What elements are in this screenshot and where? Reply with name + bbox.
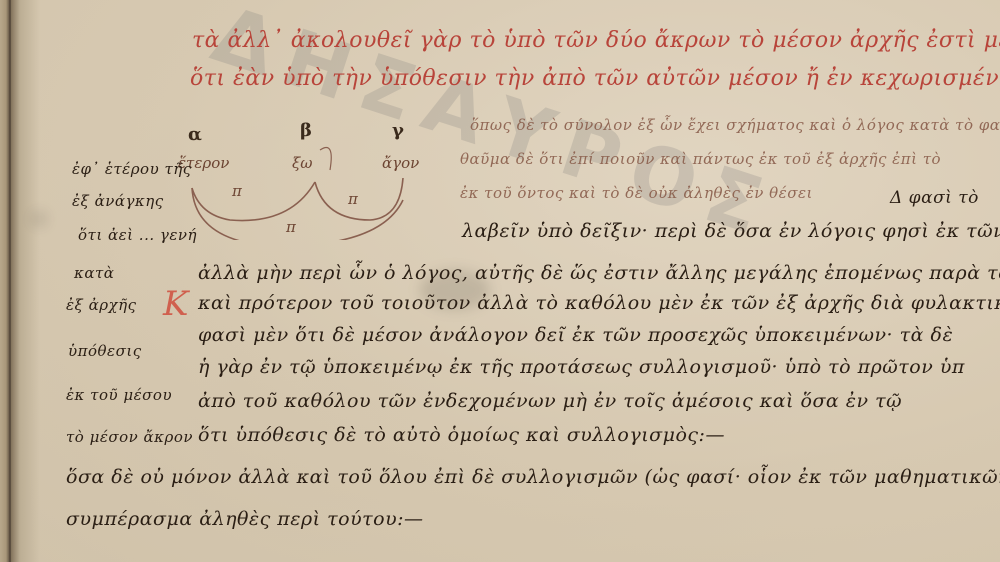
body-line-5: ἡ γὰρ ἐν τῷ ὑποκειμένῳ ἐκ τῆς προτάσεως … xyxy=(198,356,965,378)
body-line-9: συμπέρασμα ἀληθὲς περὶ τούτου:— xyxy=(66,508,424,530)
body-line-8: ὅσα δὲ οὐ μόνον ἀλλὰ καὶ τοῦ ὅλου ἐπὶ δὲ… xyxy=(66,466,1000,488)
red-initial-letter: Κ xyxy=(163,284,188,324)
rubric-line-2: ὅτι ἐὰν ὑπὸ τὴν ὑπόθεσιν τὴν ἀπὸ τῶν αὐτ… xyxy=(190,66,1000,91)
margin-note-4: κατὰ xyxy=(74,264,114,282)
margin-note-7: ἐκ τοῦ μέσου xyxy=(66,386,172,404)
diagram-letter-a: α xyxy=(188,124,202,145)
manuscript-page: ΔΗΣΑΥΡΟΣ τὰ ἀλλ᾽ ἀκολουθεῖ γὰρ τὸ ὑπὸ τῶ… xyxy=(0,0,1000,562)
diagram-arc-label-2: π xyxy=(348,190,358,208)
scholion-line-3: ἐκ τοῦ ὅντος καὶ τὸ δὲ οὐκ ἀληθὲς ἐν θέσ… xyxy=(460,184,813,202)
diagram-letter-b: β xyxy=(300,120,312,141)
margin-note-8: τὸ μέσον ἄκρον xyxy=(66,428,193,446)
margin-note-2: ἐξ ἀνάγκης xyxy=(72,192,164,210)
margin-note-6: ὑπόθεσις xyxy=(68,342,142,360)
body-line-4: φασὶ μὲν ὅτι δὲ μέσον ἀνάλογον δεῖ ἐκ τῶ… xyxy=(198,324,953,346)
binding-gutter xyxy=(0,0,40,562)
rubric-line-1: τὰ ἀλλ᾽ ἀκολουθεῖ γὰρ τὸ ὑπὸ τῶν δύο ἄκρ… xyxy=(192,28,1000,53)
body-line-2: ἀλλὰ μὴν περὶ ὧν ὁ λόγος, αὐτῆς δὲ ὥς ἐσ… xyxy=(198,262,1000,284)
binding-fold-line xyxy=(9,0,11,562)
scholion-line-1: ὅπως δὲ τὸ σύνολον ἐξ ὧν ἔχει σχήματος κ… xyxy=(470,116,1000,134)
margin-note-3: ὅτι ἀεὶ ... γενή xyxy=(78,226,197,244)
syllogism-diagram: α β γ ἕτερον ξω ἄγον π π π xyxy=(160,120,420,240)
diagram-label-middle: ξω xyxy=(292,154,313,172)
scholion-line-2: θαῦμα δὲ ὅτι ἐπί ποιοῦν καὶ πάντως ἐκ το… xyxy=(460,150,941,168)
diagram-label-right: ἄγον xyxy=(382,154,419,172)
stain-spot xyxy=(30,210,48,228)
right-margin-note: Δ φασὶ τὸ xyxy=(890,188,979,208)
body-line-3: καὶ πρότερον τοῦ τοιοῦτον ἀλλὰ τὸ καθόλο… xyxy=(198,292,1000,314)
margin-note-1: ἐφ᾽ ἑτέρου τῆς xyxy=(72,160,192,178)
diagram-letter-c: γ xyxy=(392,120,404,141)
body-line-7: ὅτι ὑπόθεσις δὲ τὸ αὐτὸ ὁμοίως καὶ συλλο… xyxy=(198,424,725,446)
body-line-6: ἀπὸ τοῦ καθόλου τῶν ἐνδεχομένων μὴ ἐν το… xyxy=(198,390,902,412)
diagram-arc-label-3: π xyxy=(286,218,296,236)
margin-note-5: ἐξ ἀρχῆς xyxy=(66,296,137,314)
body-line-1: λαβεῖν ὑπὸ δεῖξιν· περὶ δὲ ὅσα ἐν λόγοις… xyxy=(462,220,1000,242)
diagram-arc-label-1: π xyxy=(232,182,242,200)
